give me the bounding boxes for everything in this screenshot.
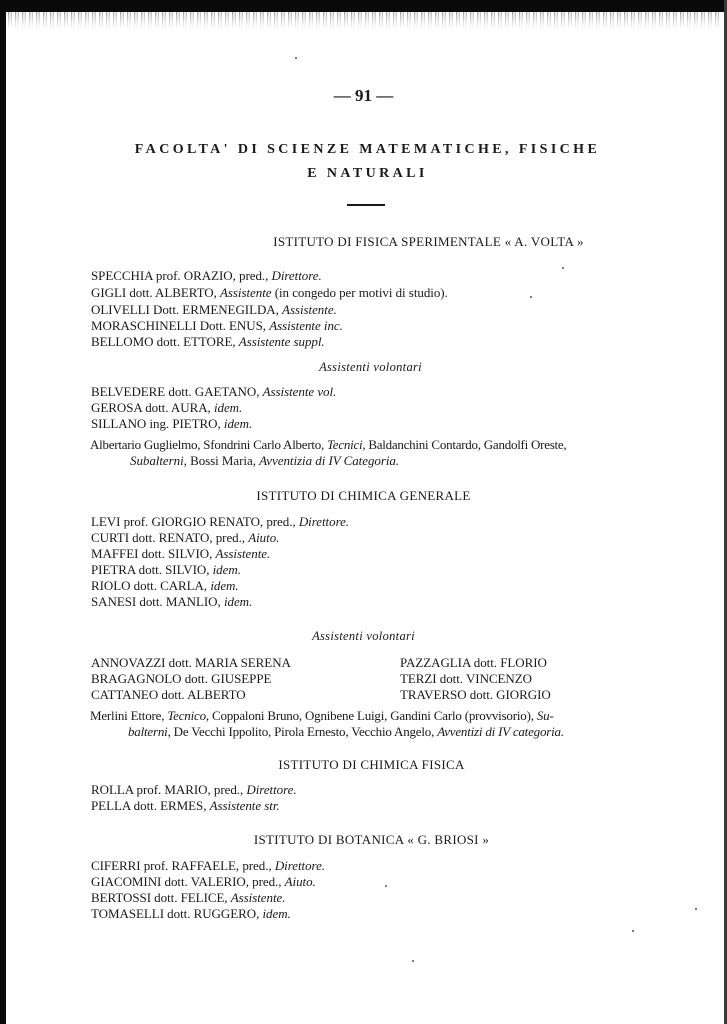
other-staff-line: balterni, De Vecchi Ippolito, Pirola Ern… xyxy=(128,724,564,740)
scan-speck xyxy=(412,960,414,962)
staff-line: MAFFEI dott. SILVIO, Assistente. xyxy=(91,546,270,562)
faculty-title-line2: E NATURALI xyxy=(4,166,727,182)
staff-line: OLIVELLI Dott. ERMENEGILDA, Assistente. xyxy=(91,302,337,318)
volunteer-line: SILLANO ing. PIETRO, idem. xyxy=(91,416,252,432)
volunteer-line: GEROSA dott. AURA, idem. xyxy=(91,400,242,416)
scan-speck xyxy=(530,296,532,298)
staff-line: GIACOMINI dott. VALERIO, pred., Aiuto. xyxy=(91,874,316,890)
volunteer-line: PAZZAGLIA dott. FLORIO xyxy=(400,655,547,671)
section-heading-chimica-generale: ISTITUTO DI CHIMICA GENERALE xyxy=(0,488,727,504)
other-staff-line: Merlini Ettore, Tecnico, Coppaloni Bruno… xyxy=(90,708,554,724)
scan-top-border xyxy=(0,0,727,12)
scan-speck xyxy=(695,908,697,910)
staff-line: CURTI dott. RENATO, pred., Aiuto. xyxy=(91,530,279,546)
staff-line: ROLLA prof. MARIO, pred., Direttore. xyxy=(91,782,297,798)
scan-speck xyxy=(295,57,297,59)
section-heading-fisica: ISTITUTO DI FISICA SPERIMENTALE « A. VOL… xyxy=(65,234,727,250)
staff-line: CIFERRI prof. RAFFAELE, pred., Direttore… xyxy=(91,858,325,874)
scan-noise xyxy=(8,12,720,30)
staff-line: LEVI prof. GIORGIO RENATO, pred., Dirett… xyxy=(91,514,349,530)
staff-line: SPECCHIA prof. ORAZIO, pred., Direttore. xyxy=(91,268,322,284)
volunteer-line: TRAVERSO dott. GIORGIO xyxy=(400,687,551,703)
staff-line: PELLA dott. ERMES, Assistente str. xyxy=(91,798,280,814)
volunteer-line: CATTANEO dott. ALBERTO xyxy=(91,687,246,703)
staff-line: BELLOMO dott. ETTORE, Assistente suppl. xyxy=(91,334,325,350)
other-staff-line: Albertario Guglielmo, Sfondrini Carlo Al… xyxy=(90,437,566,453)
volunteers-heading: Assistenti volontari xyxy=(0,629,727,644)
volunteer-line: BRAGAGNOLO dott. GIUSEPPE xyxy=(91,671,271,687)
volunteer-line: BELVEDERE dott. GAETANO, Assistente vol. xyxy=(91,384,336,400)
title-rule xyxy=(347,204,385,206)
other-staff-line: Subalterni, Bossi Maria, Avventizia di I… xyxy=(130,453,399,469)
scan-speck xyxy=(632,930,634,932)
volunteer-line: TERZI dott. VINCENZO xyxy=(400,671,532,687)
staff-line: MORASCHINELLI Dott. ENUS, Assistente inc… xyxy=(91,318,343,334)
section-heading-chimica-fisica: ISTITUTO DI CHIMICA FISICA xyxy=(8,757,727,773)
volunteers-heading: Assistenti volontari xyxy=(7,360,727,375)
staff-line: BERTOSSI dott. FELICE, Assistente. xyxy=(91,890,285,906)
staff-line: GIGLI dott. ALBERTO, Assistente (in cong… xyxy=(91,285,448,301)
section-heading-botanica: ISTITUTO DI BOTANICA « G. BRIOSI » xyxy=(8,832,727,848)
staff-line: PIETRA dott. SILVIO, idem. xyxy=(91,562,241,578)
scan-speck xyxy=(562,267,564,269)
faculty-title: FACOLTA' DI SCIENZE MATEMATICHE, FISICHE xyxy=(4,142,727,158)
volunteer-line: ANNOVAZZI dott. MARIA SERENA xyxy=(91,655,291,671)
scan-speck xyxy=(385,885,387,887)
page-number: — 91 — xyxy=(0,86,727,106)
staff-line: TOMASELLI dott. RUGGERO, idem. xyxy=(91,906,291,922)
staff-line: RIOLO dott. CARLA, idem. xyxy=(91,578,239,594)
staff-line: SANESI dott. MANLIO, idem. xyxy=(91,594,252,610)
